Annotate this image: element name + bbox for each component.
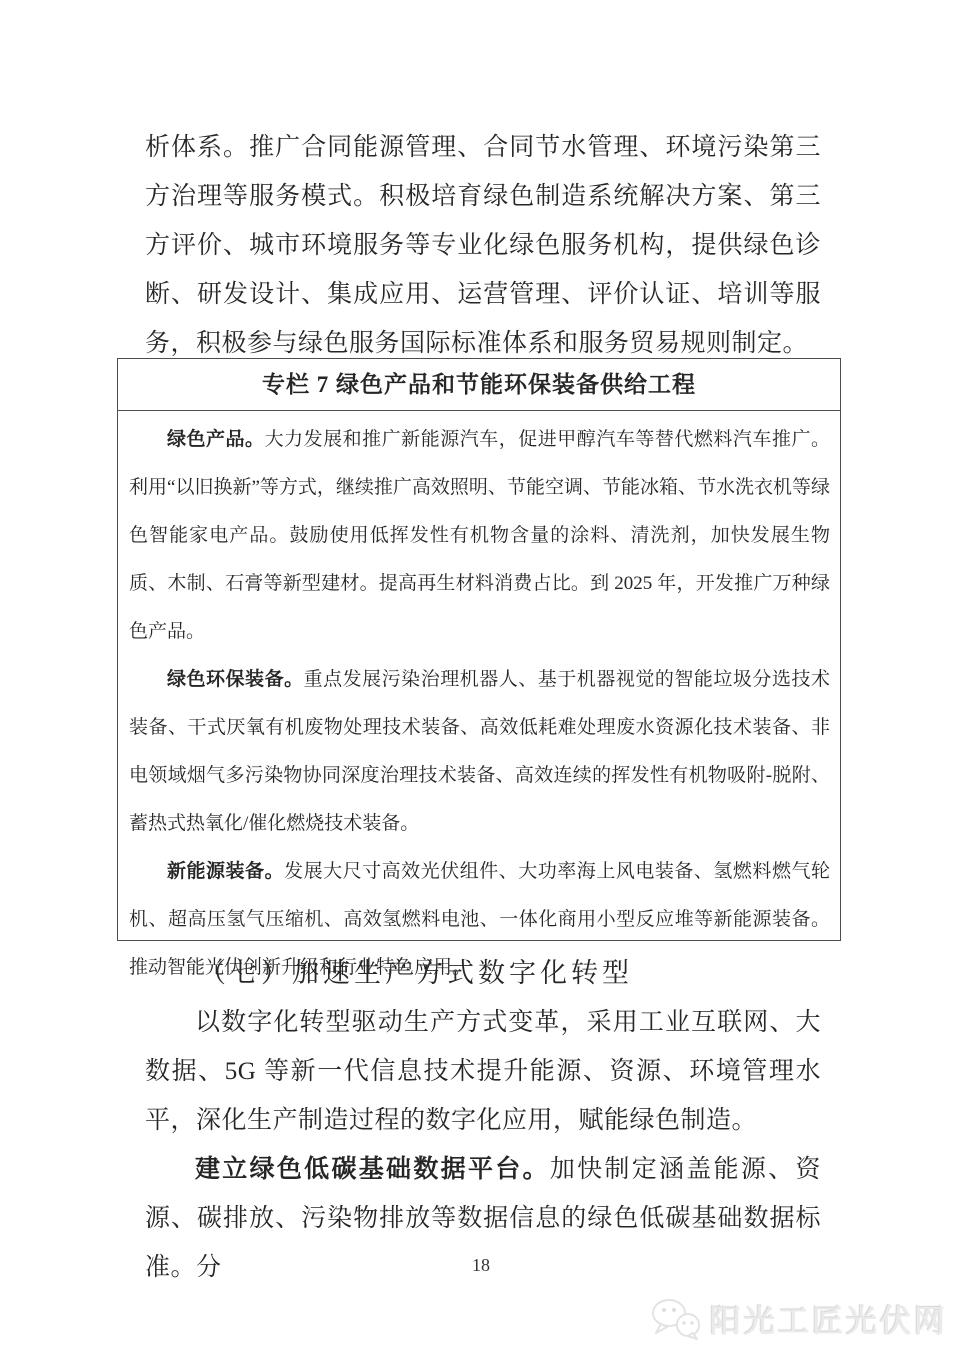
intro-paragraph: 析体系。推广合同能源管理、合同节水管理、环境污染第三方治理等服务模式。积极培育绿… <box>145 123 821 368</box>
watermark: 阳光工匠光伏网 <box>650 1296 948 1341</box>
box-paragraph-label: 绿色环保装备。 <box>167 669 304 690</box>
section-heading: （七）加速生产方式数字化转型 <box>145 949 821 998</box>
box-paragraph-text: 大力发展和推广新能源汽车，促进甲醇汽车等替代燃料汽车推广。利用“以旧换新”等方式… <box>129 429 830 642</box>
watermark-text: 阳光工匠光伏网 <box>710 1296 948 1341</box>
feature-box: 专栏 7 绿色产品和节能环保装备供给工程 绿色产品。大力发展和推广新能源汽车，促… <box>117 358 841 941</box>
box-body: 绿色产品。大力发展和推广新能源汽车，促进甲醇汽车等替代燃料汽车推广。利用“以旧换… <box>118 411 840 992</box>
section-paragraph-label: 建立绿色低碳基础数据平台。 <box>195 1156 550 1183</box>
box-paragraph-label: 新能源装备。 <box>167 861 284 882</box>
document-page: 析体系。推广合同能源管理、合同节水管理、环境污染第三方治理等服务模式。积极培育绿… <box>0 0 962 1360</box>
box-paragraph-green-equipment: 绿色环保装备。重点发展污染治理机器人、基于机器视觉的智能垃圾分选技术装备、干式厌… <box>129 656 830 848</box>
box-paragraph-green-products: 绿色产品。大力发展和推广新能源汽车，促进甲醇汽车等替代燃料汽车推广。利用“以旧换… <box>129 416 830 656</box>
page-number: 18 <box>0 1255 962 1276</box>
section-seven: （七）加速生产方式数字化转型 以数字化转型驱动生产方式变革，采用工业互联网、大数… <box>145 949 821 1292</box>
wechat-bubbles-icon <box>650 1298 702 1340</box>
box-paragraph-label: 绿色产品。 <box>167 429 265 450</box>
box-paragraph-text: 重点发展污染治理机器人、基于机器视觉的智能垃圾分选技术装备、干式厌氧有机废物处理… <box>129 669 830 834</box>
section-paragraph-digital-transform: 以数字化转型驱动生产方式变革，采用工业互联网、大数据、5G 等新一代信息技术提升… <box>145 998 821 1145</box>
box-title: 专栏 7 绿色产品和节能环保装备供给工程 <box>118 359 840 411</box>
